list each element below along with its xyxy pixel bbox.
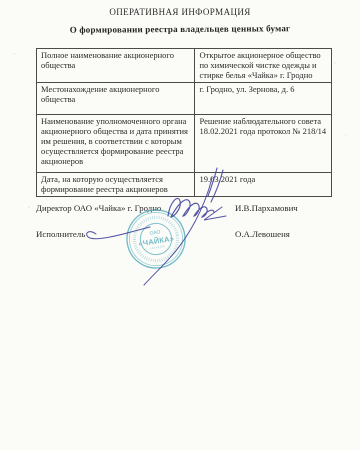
signature-role: Исполнитель	[36, 229, 85, 239]
handwritten-signature	[80, 158, 245, 293]
row-label-full-name: Полное наименование акционерного обществ…	[37, 49, 195, 83]
document-subtitle: О формировании реестра владельцев ценных…	[0, 23, 360, 36]
row-value-full-name: Открытое акционерное общество по химичес…	[195, 49, 332, 83]
row-value-location: г. Гродно, ул. Зернова, д. 6	[195, 83, 332, 115]
signature-stroke	[211, 170, 223, 202]
row-label-location: Местонахождение акционерного общества	[37, 83, 195, 115]
table-row: Полное наименование акционерного обществ…	[37, 49, 332, 83]
signature-tail	[144, 178, 212, 285]
signature-flourish	[87, 227, 150, 239]
signature-scribble	[168, 198, 214, 217]
table-row: Местонахождение акционерного общества г.…	[37, 83, 332, 115]
document-title: ОПЕРАТИВНАЯ ИНФОРМАЦИЯ	[0, 7, 360, 17]
